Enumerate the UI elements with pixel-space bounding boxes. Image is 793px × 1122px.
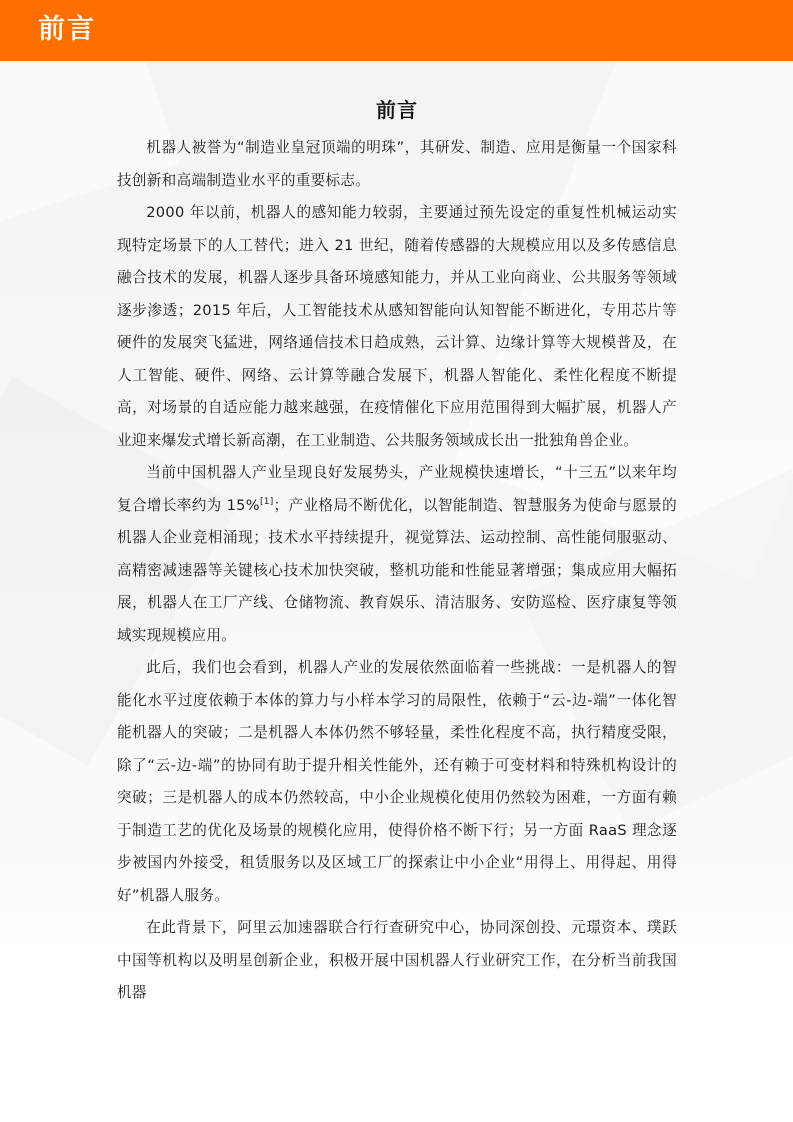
header-title: 前言 <box>38 12 96 48</box>
footnote-reference[interactable]: [1] <box>260 497 274 507</box>
paragraph-background: 在此背景下，阿里云加速器联合行行查研究中心，协同深创投、元璟资本、璞跃中国等机构… <box>117 912 677 1010</box>
paragraph-current-status: 当前中国机器人产业呈现良好发展势头，产业规模快速增长，“十三五”以来年均复合增长… <box>117 457 677 652</box>
page-title: 前言 <box>117 94 677 126</box>
paragraph-text: ；产业格局不断优化，以智能制造、智慧服务为使命与愿景的机器人企业竞相涌现；技术水… <box>117 497 677 644</box>
header-bar: 前言 <box>0 0 793 61</box>
paragraph-challenges: 此后，我们也会看到，机器人产业的发展依然面临着一些挑战：一是机器人的智能化水平过… <box>117 652 677 912</box>
paragraph-intro: 机器人被誉为“制造业皇冠顶端的明珠”，其研发、制造、应用是衡量一个国家科技创新和… <box>117 132 677 197</box>
document-body: 前言 机器人被誉为“制造业皇冠顶端的明珠”，其研发、制造、应用是衡量一个国家科技… <box>117 94 677 1010</box>
paragraph-history: 2000 年以前，机器人的感知能力较弱，主要通过预先设定的重复性机械运动实现特定… <box>117 197 677 457</box>
